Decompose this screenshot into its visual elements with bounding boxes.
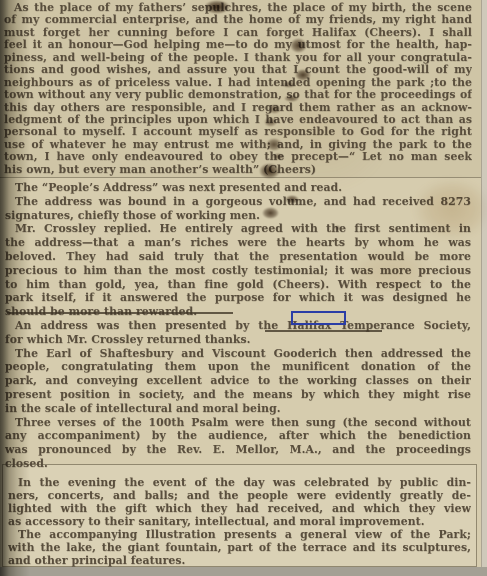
- text-line: closed.: [5, 457, 471, 471]
- text-line: signatures, chiefly those of working men…: [5, 209, 471, 223]
- bottom-scan-strip: [0, 567, 487, 576]
- annotation-highlight-box: [291, 311, 346, 325]
- text-line: The Earl of Shaftesbury and Viscount Goo…: [5, 347, 471, 361]
- text-line: town, I have only endeavoured to obey th…: [4, 151, 472, 163]
- scanned-newspaper-page: As the place of my fathers’ sepulchres, …: [0, 0, 487, 576]
- text-line: this day others are responsible, and I r…: [4, 102, 472, 114]
- strikethrough-line-halifax-temperance: [265, 330, 382, 332]
- text-line: was pronounced by the Rev. E. Mellor, M.…: [5, 443, 471, 457]
- text-line: The “People’s Address” was next presente…: [5, 181, 471, 195]
- text-line: ners, concerts, and balls; and the peopl…: [8, 489, 471, 502]
- text-line: The accompanying Illustration presents a…: [8, 528, 471, 541]
- text-line: Mr. Crossley replied. He entirely agreed…: [5, 222, 471, 236]
- text-line: any accompaniment) by the audience, afte…: [5, 429, 471, 443]
- text-line: as accessory to their sanitary, intellec…: [8, 515, 471, 528]
- text-line: people, congratulating them upon the mun…: [5, 360, 471, 374]
- text-line: ledgment of the principles upon which I …: [4, 114, 472, 126]
- text-line: in the scale of intellectural and moral …: [5, 402, 471, 416]
- text-line: with the lake, the giant fountain, part …: [8, 541, 471, 554]
- text-line: An address was then presented by the Hal…: [5, 319, 471, 333]
- text-line: feel it an honour—God helping me—to do m…: [4, 39, 472, 51]
- text-line: The address was bound in a gorgeous volu…: [5, 195, 471, 209]
- text-line: beloved. They had said truly that the pr…: [5, 250, 471, 264]
- text-line: neighbours as of priceless value. I had …: [4, 77, 472, 89]
- text-line: As the place of my fathers’ sepulchres, …: [4, 2, 472, 14]
- text-line: to him than gold, yea, than fine gold (C…: [5, 278, 471, 292]
- text-line: Three verses of the 100th Psalm were the…: [5, 416, 471, 430]
- text-line: piness, and well-being of the people. I …: [4, 52, 472, 64]
- text-line: park, and conveying excellent advice to …: [5, 374, 471, 388]
- speech-paragraph: As the place of my fathers’ sepulchres, …: [4, 2, 472, 176]
- text-line: his own, but every man another’s wealth”…: [4, 164, 472, 176]
- text-line: for which Mr. Crossley returned thanks.: [5, 333, 471, 347]
- text-line: precious to him than the most costly tes…: [5, 264, 471, 278]
- text-line: In the evening the event of the day was …: [8, 476, 471, 489]
- report-paragraphs: The “People’s Address” was next presente…: [5, 181, 471, 471]
- text-line: tions and good wishes, and assure you th…: [4, 64, 472, 76]
- text-line: and other principal features.: [8, 554, 471, 567]
- closing-paragraphs: In the evening the event of the day was …: [8, 476, 471, 567]
- text-line: must forget her cunning before I can for…: [4, 27, 472, 39]
- strikethrough-line-rewarded: [7, 312, 233, 314]
- text-line: personal to myself. I account myself as …: [4, 126, 472, 138]
- text-line: present position in society, and the mea…: [5, 388, 471, 402]
- text-line: lighted with the gift which they had rec…: [8, 502, 471, 515]
- text-line: use of whatever he may entrust me with; …: [4, 139, 472, 151]
- text-line: town without any very public demonstrati…: [4, 89, 472, 101]
- text-line: park itself, if it answered the purpose …: [5, 291, 471, 305]
- text-line: the address—that a man’s riches were the…: [5, 236, 471, 250]
- text-line: of my commercial enterprise, and the hom…: [4, 14, 472, 26]
- right-edge-strip: [481, 0, 487, 567]
